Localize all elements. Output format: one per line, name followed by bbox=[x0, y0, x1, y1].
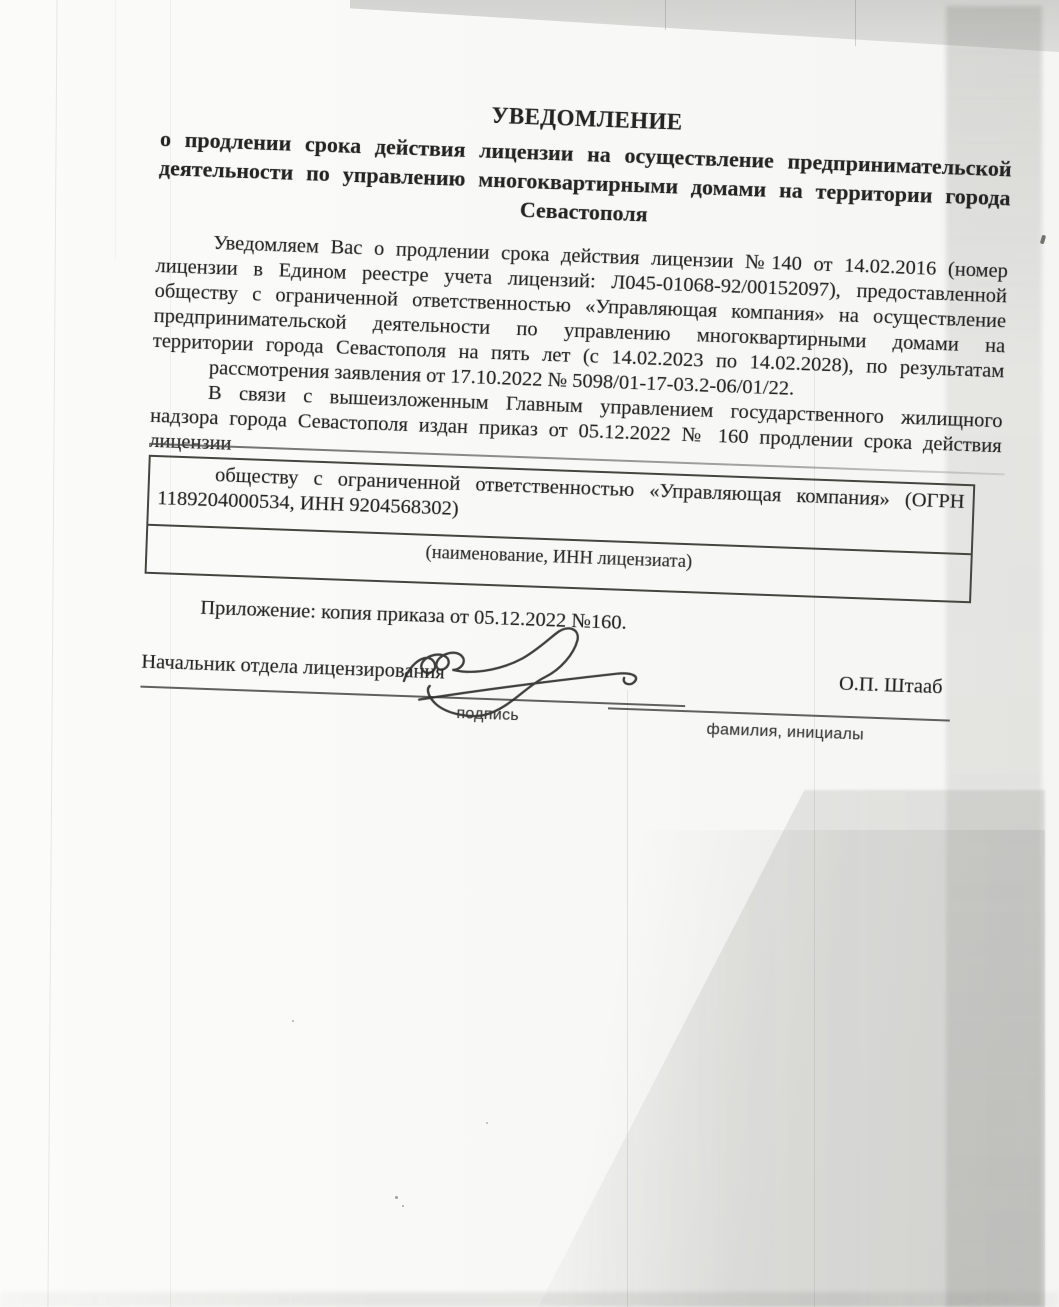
scan-shadow-bottom-edge bbox=[0, 1292, 1059, 1307]
ink-speck bbox=[395, 1196, 398, 1199]
ink-speck bbox=[292, 1020, 294, 1022]
signature-caption: подпись bbox=[427, 704, 548, 726]
signatory-name: О.П. Штааб bbox=[839, 673, 943, 700]
scanned-page: УВЕДОМЛЕНИЕ о продлении срока действия л… bbox=[0, 0, 1059, 1307]
scan-shadow-top bbox=[350, 0, 1059, 52]
document-content: УВЕДОМЛЕНИЕ о продлении срока действия л… bbox=[138, 86, 1014, 799]
ink-speck bbox=[486, 1122, 488, 1124]
fold-line bbox=[665, 0, 666, 30]
fold-line bbox=[115, 0, 116, 260]
fold-line bbox=[47, 0, 57, 1307]
signature-block: Начальник отдела лицензирования подпись … bbox=[138, 619, 995, 799]
ink-speck bbox=[402, 1205, 404, 1207]
body-paragraph-1: Уведомляем Вас о продлении срока действи… bbox=[152, 229, 1009, 409]
name-caption: фамилия, инициалы bbox=[705, 721, 866, 745]
fold-line bbox=[855, 0, 856, 46]
ink-speck bbox=[1040, 235, 1046, 245]
scan-shadow-bottom-soft bbox=[430, 830, 1045, 1307]
scan-shadow-bottom bbox=[470, 790, 1045, 1307]
